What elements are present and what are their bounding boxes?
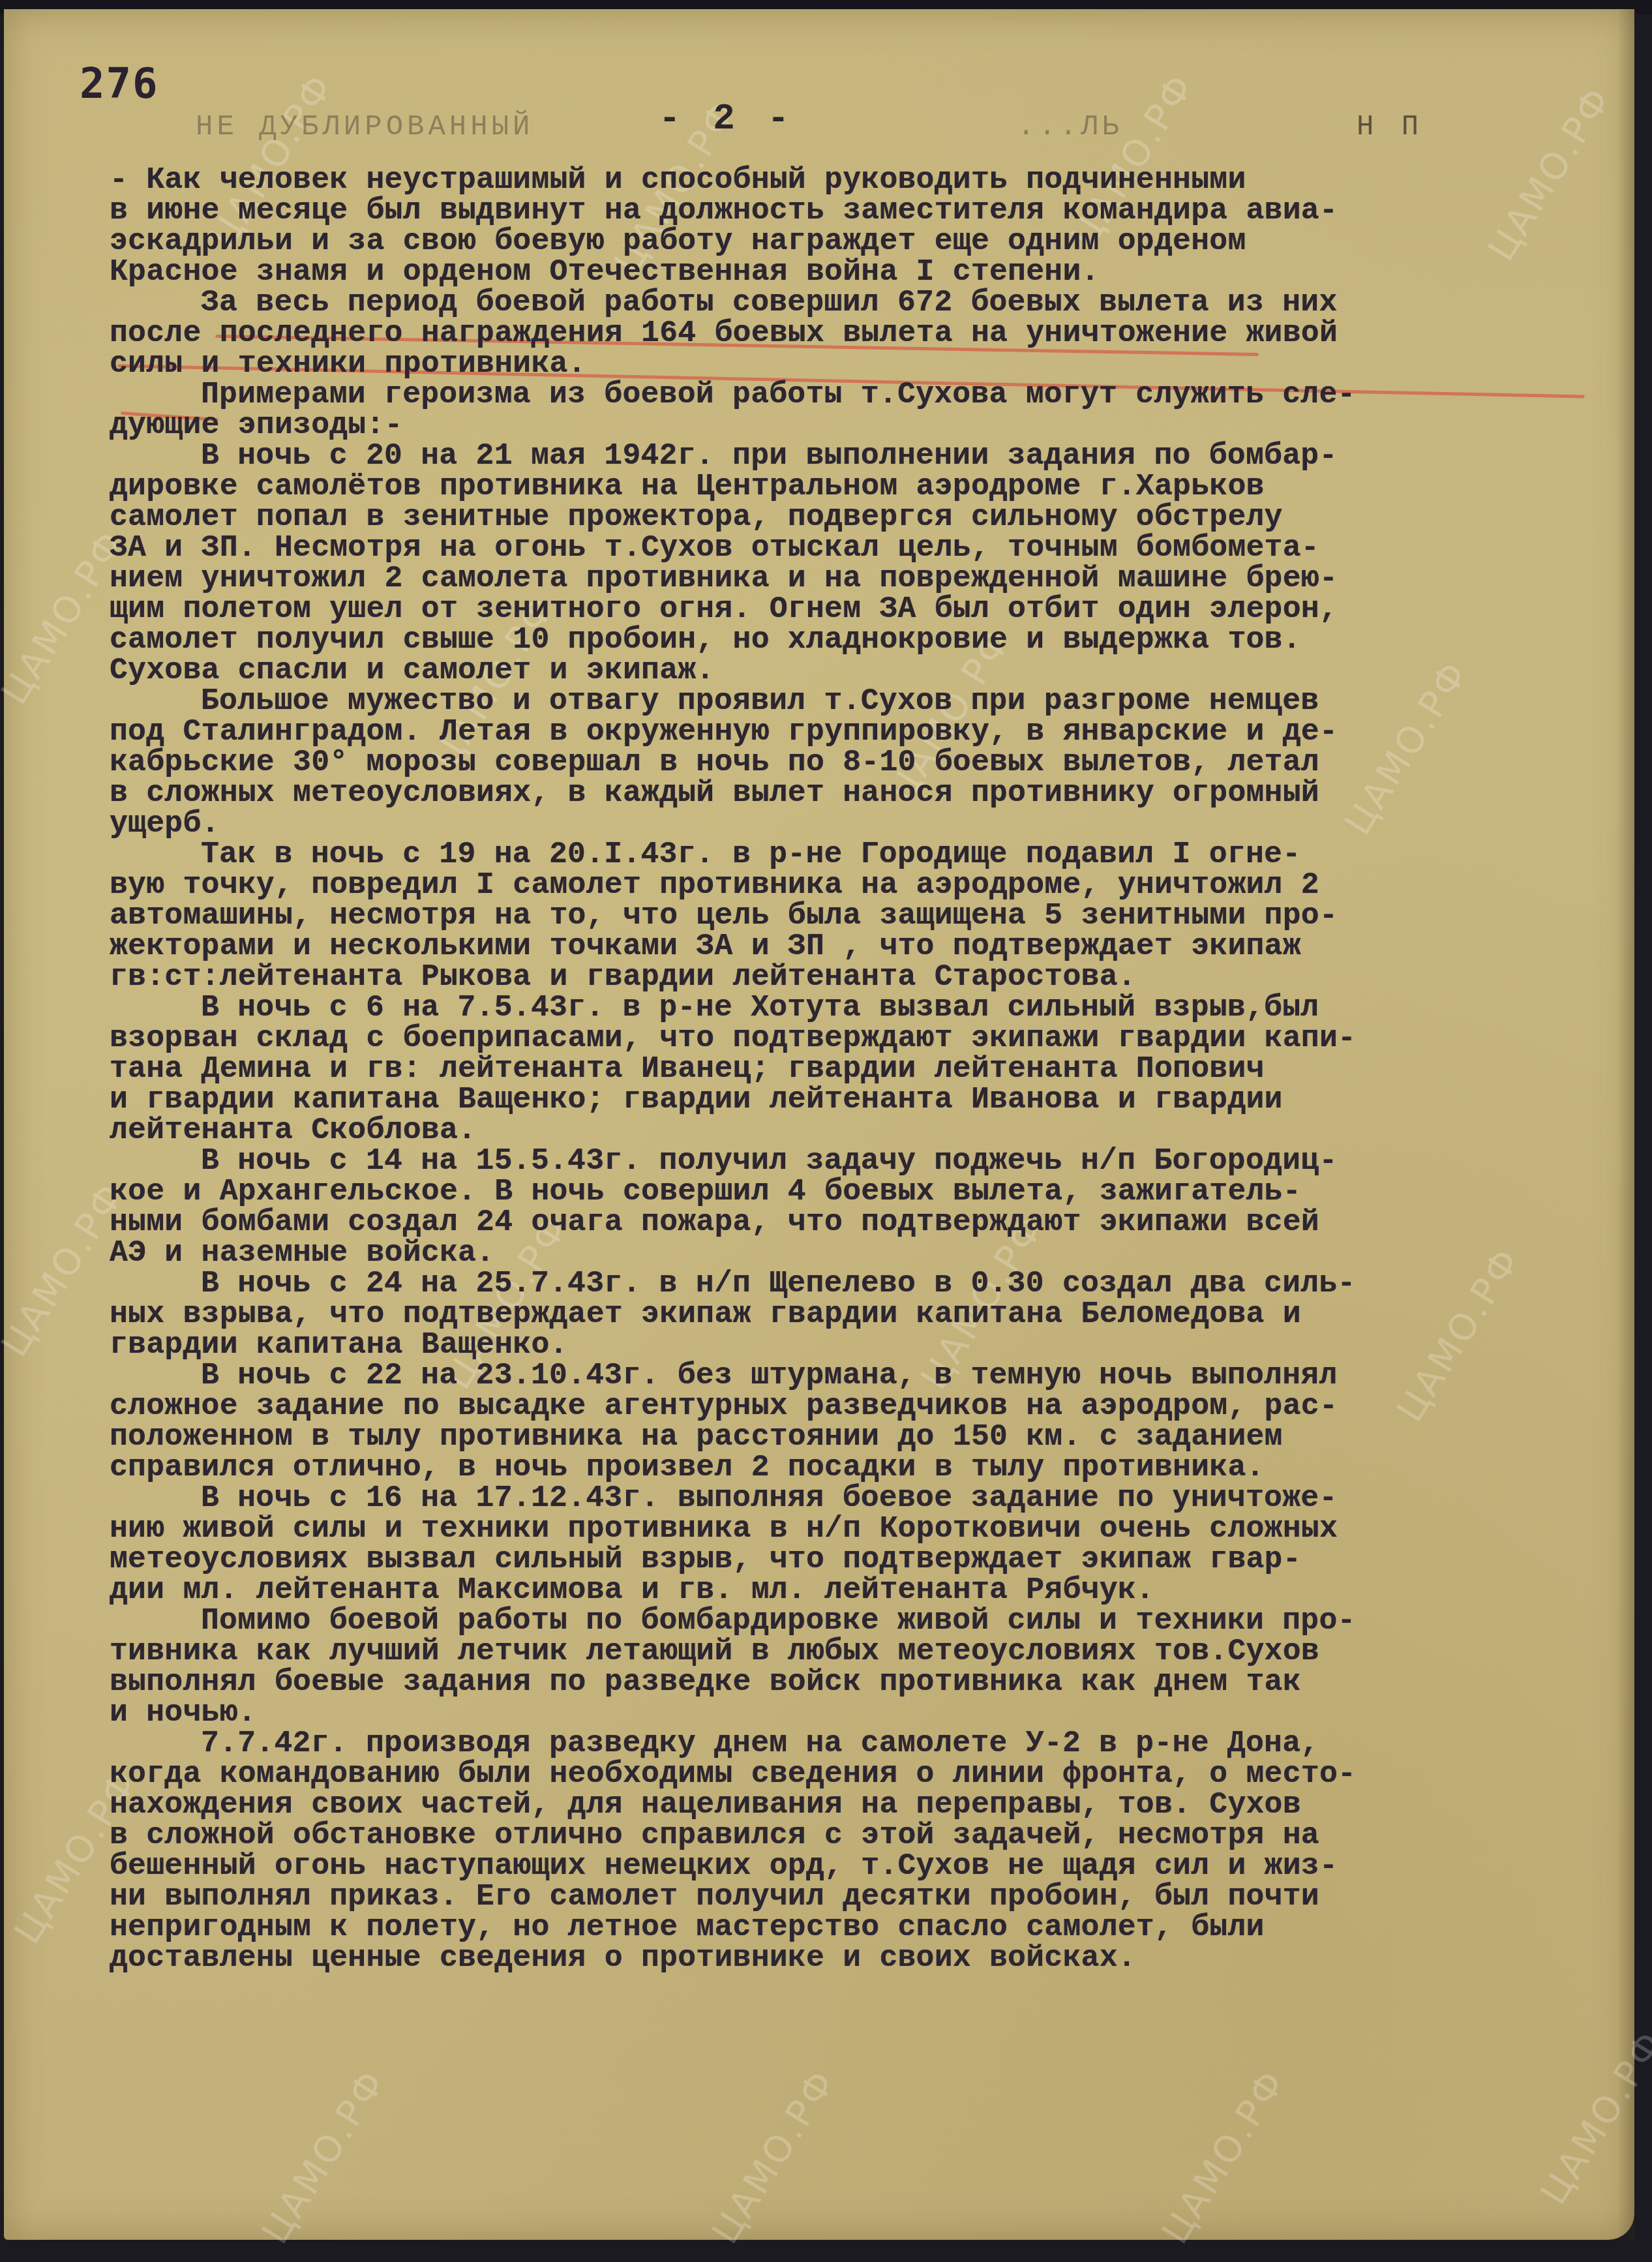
text-line: сложное задание по высадке агентурных ра… [110, 1391, 1603, 1421]
text-line: дировке самолётов противника на Централь… [110, 471, 1603, 502]
text-line: тивника как лучший летчик летающий в люб… [110, 1636, 1603, 1666]
text-line: взорван склад с боеприпасами, что подтве… [110, 1023, 1603, 1053]
text-line: вую точку, повредил I самолет противника… [110, 869, 1603, 900]
text-line: кабрьские 30° морозы совершал в ночь по … [110, 747, 1603, 777]
text-line: тана Демина и гв: лейтенанта Иванец; гва… [110, 1053, 1603, 1084]
text-line: положенном в тылу противника на расстоян… [110, 1421, 1603, 1452]
text-line: ЗА и ЗП. Несмотря на огонь т.Сухов отыск… [110, 532, 1603, 563]
text-line: и ночью. [110, 1697, 1603, 1728]
text-line: и гвардии капитана Ващенко; гвардии лейт… [110, 1084, 1603, 1115]
text-line: непригодным к полету, но летное мастерст… [110, 1912, 1603, 1942]
paragraph-award-promotion: - Как человек неустрашимый и способный р… [110, 164, 1603, 287]
text-line: гвардии капитана Ващенко. [110, 1329, 1603, 1360]
text-line: самолет попал в зенитные прожектора, под… [110, 502, 1603, 532]
text-line: эскадрильи и за свою боевую работу награ… [110, 226, 1603, 256]
text-line: щим полетом ушел от зенитного огня. Огне… [110, 594, 1603, 624]
text-line: выполнял боевые задания по разведке войс… [110, 1666, 1603, 1697]
text-line: АЭ и наземные войска. [110, 1237, 1603, 1268]
text-line: В ночь с 24 на 25.7.43г. в н/п Щепелево … [110, 1268, 1603, 1299]
text-line: кое и Архангельское. В ночь совершил 4 б… [110, 1176, 1603, 1207]
page-number: - 2 - [659, 98, 794, 140]
text-line: В ночь с 6 на 7.5.43г. в р-не Хотута выз… [110, 992, 1603, 1023]
text-line: ными бомбами создал 24 очага пожара, что… [110, 1207, 1603, 1237]
text-line: метеоусловиях вызвал сильный взрыв, что … [110, 1544, 1603, 1575]
text-line: нием уничтожил 2 самолета противника и н… [110, 563, 1603, 594]
text-line: За весь период боевой работы совершил 67… [110, 287, 1603, 318]
page-header: НЕ ДУБЛИРОВАННЫЙ - 2 - ...ЛЬ Н П [117, 98, 1617, 143]
text-line: Примерами героизма из боевой работы т.Су… [110, 379, 1603, 410]
paragraph-sortie-count: За весь период боевой работы совершил 67… [110, 287, 1603, 379]
text-line: силы и техники противника. [110, 348, 1603, 379]
text-line: в июне месяце был выдвинут на должность … [110, 195, 1603, 226]
document-body: - Как человек неустрашимый и способный р… [110, 164, 1603, 1973]
text-line: когда командованию были необходимы сведе… [110, 1758, 1603, 1789]
text-line: В ночь с 14 на 15.5.43г. получил задачу … [110, 1145, 1603, 1176]
paragraph-episode-korotkovichi: В ночь с 16 на 17.12.43г. выполняя боево… [110, 1483, 1603, 1605]
text-line: под Сталинградом. Летая в окруженную гру… [110, 716, 1603, 747]
text-line: Помимо боевой работы по бомбардировке жи… [110, 1605, 1603, 1636]
text-line: - Как человек неустрашимый и способный р… [110, 164, 1603, 195]
text-line: гв:ст:лейтенанта Рыкова и гвардии лейтен… [110, 961, 1603, 992]
header-faint-text-right: Н П [1357, 111, 1424, 143]
paragraph-episode-shchepelevo: В ночь с 24 на 25.7.43г. в н/п Щепелево … [110, 1268, 1603, 1360]
text-line: Красное знамя и орденом Отечественная во… [110, 256, 1603, 287]
text-line: нию живой силы и техники противника в н/… [110, 1513, 1603, 1544]
text-line: после последнего награждения 164 боевых … [110, 318, 1603, 348]
paragraph-episode-kharkov: В ночь с 20 на 21 мая 1942г. при выполне… [110, 440, 1603, 686]
text-line: Сухова спасли и самолет и экипаж. [110, 655, 1603, 686]
text-line: 7.7.42г. производя разведку днем на само… [110, 1728, 1603, 1758]
header-faint-text-left: НЕ ДУБЛИРОВАННЫЙ [196, 111, 533, 143]
text-line: самолет получил свыше 10 пробоин, но хла… [110, 624, 1603, 655]
header-faint-text-middle: ...ЛЬ [1017, 111, 1123, 143]
watermark: ЦАМО.РФ [704, 2062, 844, 2252]
text-line: Большое мужество и отвагу проявил т.Сухо… [110, 686, 1603, 716]
paragraph-episode-bogoroditskoe: В ночь с 14 на 15.5.43г. получил задачу … [110, 1145, 1603, 1268]
paragraph-episodes-intro: Примерами героизма из боевой работы т.Су… [110, 379, 1603, 440]
text-line: ущерб. [110, 808, 1603, 839]
text-line: В ночь с 16 на 17.12.43г. выполняя боево… [110, 1483, 1603, 1513]
text-line: ных взрыва, что подтверждает экипаж гвар… [110, 1299, 1603, 1329]
text-line: автомашины, несмотря на то, что цель был… [110, 900, 1603, 931]
text-line: лейтенанта Скоблова. [110, 1115, 1603, 1145]
text-line: нахождения своих частей, для нацеливания… [110, 1789, 1603, 1820]
text-line: дии мл. лейтенанта Максимова и гв. мл. л… [110, 1575, 1603, 1605]
paper-edge-shadow [1617, 9, 1634, 2240]
watermark: ЦАМО.РФ [1154, 2062, 1294, 2252]
watermark: ЦАМО.РФ [254, 2062, 394, 2252]
paragraph-episode-khotuta: В ночь с 6 на 7.5.43г. в р-не Хотута выз… [110, 992, 1603, 1145]
text-line: доставлены ценные сведения о противнике … [110, 1942, 1603, 1973]
text-line: В ночь с 20 на 21 мая 1942г. при выполне… [110, 440, 1603, 471]
text-line: бешенный огонь наступающих немецких орд,… [110, 1850, 1603, 1881]
paragraph-reconnaissance: Помимо боевой работы по бомбардировке жи… [110, 1605, 1603, 1728]
text-line: жекторами и несколькими точками ЗА и ЗП … [110, 931, 1603, 961]
text-line: справился отлично, в ночь произвел 2 пос… [110, 1452, 1603, 1483]
paragraph-episode-stalingrad: Большое мужество и отвагу проявил т.Сухо… [110, 686, 1603, 839]
paragraph-episode-don: 7.7.42г. производя разведку днем на само… [110, 1728, 1603, 1973]
text-line: в сложных метеоусловиях, в каждый вылет … [110, 777, 1603, 808]
text-line: ни выполнял приказ. Его самолет получил … [110, 1881, 1603, 1912]
paragraph-episode-gorodishche: Так в ночь с 19 на 20.I.43г. в р-не Горо… [110, 839, 1603, 992]
text-line: дующие эпизоды:- [110, 410, 1603, 440]
text-line: В ночь с 22 на 23.10.43г. без штурмана, … [110, 1360, 1603, 1391]
paragraph-episode-agent-landing: В ночь с 22 на 23.10.43г. без штурмана, … [110, 1360, 1603, 1483]
text-line: Так в ночь с 19 на 20.I.43г. в р-не Горо… [110, 839, 1603, 869]
text-line: в сложной обстановке отлично справился с… [110, 1820, 1603, 1850]
